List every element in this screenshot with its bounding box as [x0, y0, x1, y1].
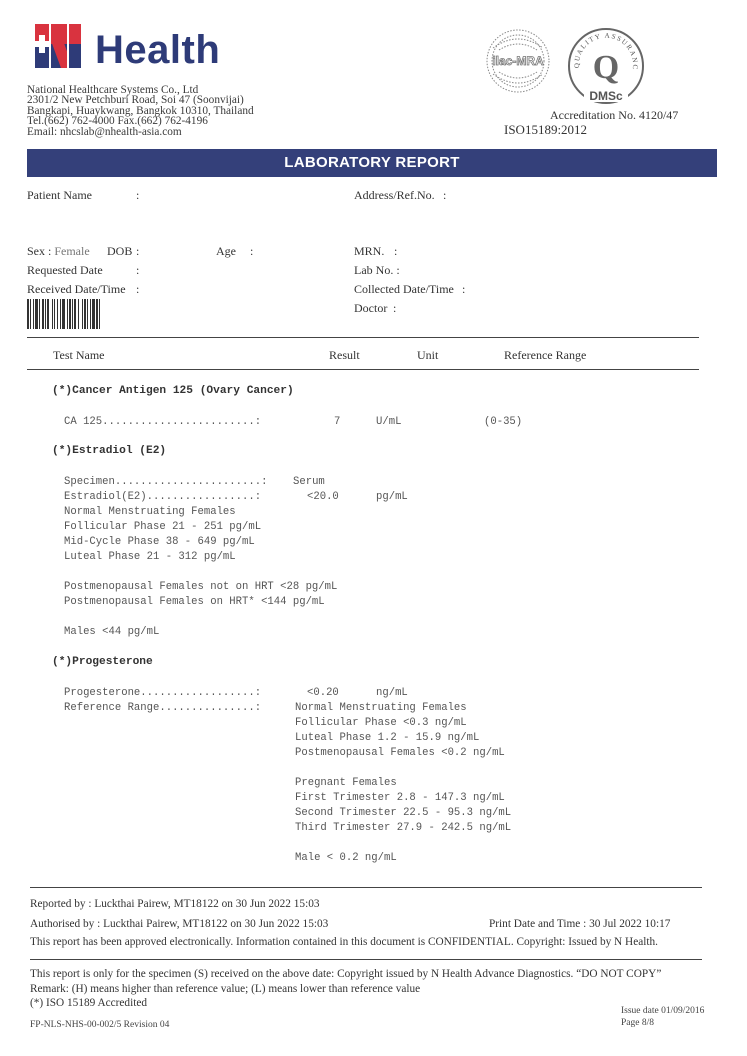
test-reference-range: (0-35): [484, 415, 522, 430]
dob-value: :: [136, 244, 139, 259]
reference-line: Pregnant Females: [295, 776, 511, 791]
reference-line: [295, 836, 511, 851]
patient-name-value: :: [136, 188, 139, 203]
report-title-banner: LABORATORY REPORT: [27, 149, 717, 177]
dob-label: DOB: [107, 244, 132, 259]
specimen-note: This report is only for the specimen (S)…: [30, 968, 661, 980]
page-number: Page 8/8: [621, 1018, 654, 1028]
barcode-icon: [27, 299, 159, 329]
test-name: Estradiol(E2).................:: [64, 490, 261, 505]
reference-line: Postmenopausal Females not on HRT <28 pg…: [64, 580, 337, 595]
reference-line: Luteal Phase 1.2 - 15.9 ng/mL: [295, 731, 511, 746]
reference-line: Luteal Phase 21 - 312 pg/mL: [64, 550, 337, 565]
brand-name: Health: [95, 28, 220, 72]
doctor-value: :: [393, 301, 396, 316]
reference-line: [64, 565, 337, 580]
test-result: <20.0: [307, 490, 339, 505]
divider: [27, 337, 699, 338]
reference-range-label: Reference Range...............:: [64, 701, 261, 716]
reported-by: Reported by : Luckthai Pairew, MT18122 o…: [30, 898, 320, 910]
accreditation-number: Accreditation No. 4120/47: [550, 108, 678, 123]
address-label: Address/Ref.No.: [354, 188, 435, 203]
reference-line: Third Trimester 27.9 - 242.5 ng/mL: [295, 821, 511, 836]
svg-text:ilac-MRA: ilac-MRA: [492, 54, 544, 68]
authorised-by: Authorised by : Luckthai Pairew, MT18122…: [30, 918, 328, 930]
test-section-title: (*)Progesterone: [52, 656, 153, 668]
print-date-time: Print Date and Time : 30 Jul 2022 10:17: [489, 918, 670, 930]
reference-line: Postmenopausal Females on HRT* <144 pg/m…: [64, 595, 337, 610]
column-header-unit: Unit: [417, 348, 438, 363]
test-section-title: (*)Cancer Antigen 125 (Ovary Cancer): [52, 385, 294, 397]
lab-no-label: Lab No. :: [354, 263, 400, 278]
reference-line: Follicular Phase 21 - 251 pg/mL: [64, 520, 337, 535]
divider: [30, 887, 702, 888]
iso-standard: ISO15189:2012: [504, 122, 587, 138]
issue-date: Issue date 01/09/2016: [621, 1006, 704, 1016]
reference-line: Mid-Cycle Phase 38 - 649 pg/mL: [64, 535, 337, 550]
svg-text:DMSc: DMSc: [589, 89, 623, 103]
doctor-label: Doctor: [354, 301, 387, 316]
patient-name-label: Patient Name: [27, 188, 92, 203]
reference-line: Second Trimester 22.5 - 95.3 ng/mL: [295, 806, 511, 821]
n-health-logo-icon: [35, 24, 81, 68]
ilac-mra-logo-icon: ilac-MRA: [477, 28, 559, 94]
test-result: <0.20: [307, 686, 339, 701]
requested-date-label: Requested Date: [27, 263, 103, 278]
test-unit: pg/mL: [376, 490, 408, 505]
reference-line: Postmenopausal Females <0.2 ng/mL: [295, 746, 511, 761]
address-value: :: [443, 188, 446, 203]
age-label: Age: [216, 244, 236, 259]
column-header-reference-range: Reference Range: [504, 348, 586, 363]
form-code: FP-NLS-NHS-00-002/5 Revision 04: [30, 1020, 169, 1030]
mrn-value: :: [394, 244, 397, 259]
reference-line: Follicular Phase <0.3 ng/mL: [295, 716, 511, 731]
test-result: 7: [334, 415, 340, 430]
received-date-label: Received Date/Time: [27, 282, 126, 297]
sex-field: Sex : Female: [27, 244, 90, 259]
specimen-label: Specimen.......................:: [64, 475, 267, 490]
test-name: Progesterone..................:: [64, 686, 261, 701]
test-name: CA 125........................:: [64, 415, 261, 430]
divider: [27, 369, 699, 370]
reference-line: First Trimester 2.8 - 147.3 ng/mL: [295, 791, 511, 806]
collected-date-label: Collected Date/Time: [354, 282, 454, 297]
reference-line: [64, 610, 337, 625]
divider: [30, 959, 702, 960]
requested-date-value: :: [136, 263, 139, 278]
column-header-test-name: Test Name: [53, 348, 104, 363]
company-line: Email: nhcslab@nhealth-asia.com: [27, 127, 254, 137]
specimen-value: Serum: [293, 475, 325, 490]
progesterone-reference-text: Normal Menstruating Females Follicular P…: [295, 701, 511, 866]
received-date-value: :: [136, 282, 139, 297]
age-value: :: [250, 244, 253, 259]
approval-note: This report has been approved electronic…: [30, 936, 658, 948]
company-address: National Healthcare Systems Co., Ltd 230…: [27, 85, 254, 137]
reference-line: Male < 0.2 ng/mL: [295, 851, 511, 866]
iso-accredited-note: (*) ISO 15189 Accredited: [30, 997, 147, 1009]
dmsc-quality-assurance-logo-icon: QUALITY ASSURANCE Q DMSc: [566, 26, 646, 108]
collected-date-value: :: [462, 282, 465, 297]
reference-line: Normal Menstruating Females: [295, 701, 511, 716]
reference-line: Normal Menstruating Females: [64, 505, 337, 520]
test-section-title: (*)Estradiol (E2): [52, 445, 166, 457]
sex-value: Female: [54, 244, 89, 258]
column-header-result: Result: [329, 348, 360, 363]
svg-text:Q: Q: [593, 49, 619, 86]
remark-note: Remark: (H) means higher than reference …: [30, 983, 420, 995]
mrn-label: MRN.: [354, 244, 384, 259]
test-unit: U/mL: [376, 415, 401, 430]
test-unit: ng/mL: [376, 686, 408, 701]
reference-line: Males <44 pg/mL: [64, 625, 337, 640]
reference-line: [295, 761, 511, 776]
sex-label: Sex :: [27, 244, 51, 258]
estradiol-reference-text: Normal Menstruating Females Follicular P…: [64, 505, 337, 640]
